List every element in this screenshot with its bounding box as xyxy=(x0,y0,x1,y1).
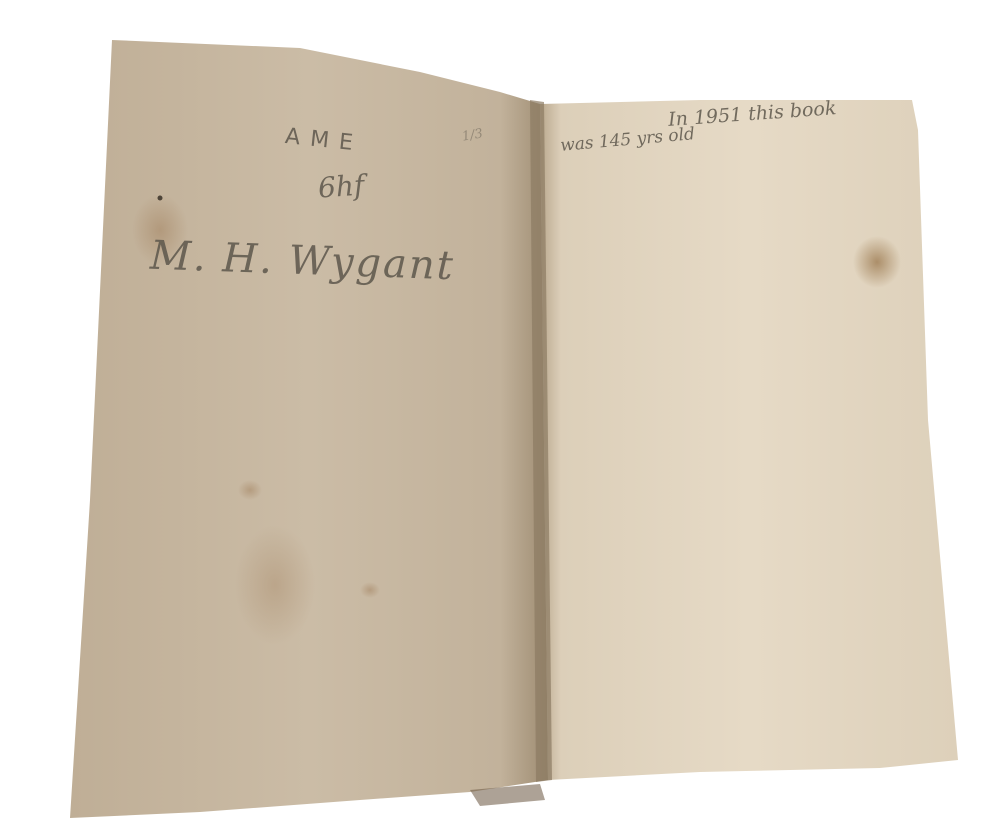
open-book-photo: AME 6hf M. H. Wygant 1/3 In 1951 this bo… xyxy=(0,0,1000,822)
right-page xyxy=(540,100,958,780)
book-illustration xyxy=(0,0,1000,822)
stain-right xyxy=(853,236,901,288)
left-page xyxy=(70,40,548,818)
inscription-price-code: 6hf xyxy=(317,168,365,204)
